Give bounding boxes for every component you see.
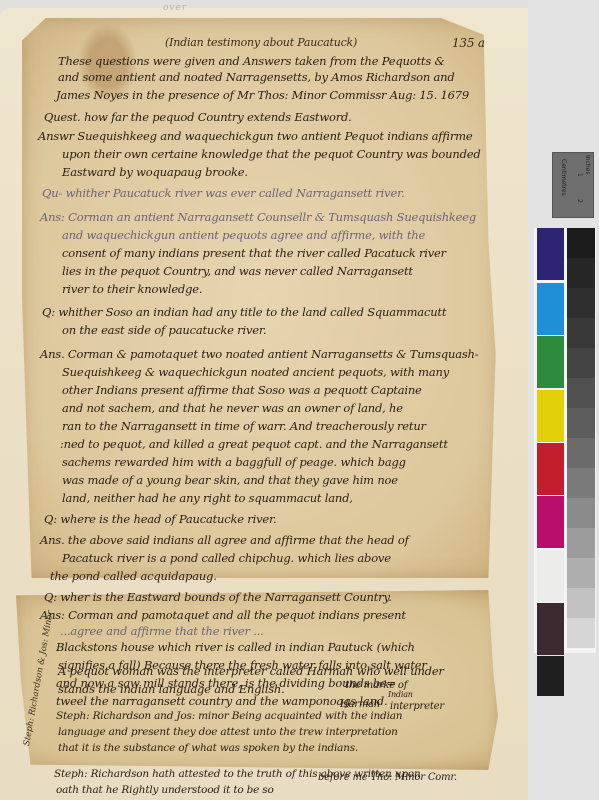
manuscript-line: Steph: Richardson and Jos: minor Being a…	[56, 710, 402, 722]
manuscript-line: James Noyes in the presence of Mr Thos: …	[56, 88, 469, 102]
manuscript-line: A pequot woman was the interpreter calle…	[58, 664, 444, 678]
gray-step	[567, 438, 595, 468]
swatch-black	[537, 656, 564, 696]
ruler-label-centimetres: Centimetres	[560, 159, 567, 196]
manuscript-line: river to their knowledge.	[62, 282, 202, 296]
manuscript-line: and not sachem, and that he never was an…	[62, 401, 403, 415]
manuscript-line: Answr Suequishkeeg and waquechickgun two…	[38, 129, 472, 143]
swatch-cyan	[537, 283, 564, 335]
gray-step	[567, 378, 595, 408]
manuscript-line: upon their own certaine knowledge that t…	[62, 147, 481, 161]
manuscript-line: was made of a young bear skin, and that …	[62, 473, 398, 487]
manuscript-line: stands the indian language and English.	[58, 682, 285, 696]
manuscript-line: other Indians present affirme that Soso …	[62, 383, 422, 397]
ruler-tick-2: 2	[576, 199, 583, 203]
manuscript-line: Quest. how far the pequod Country extend…	[44, 110, 352, 124]
manuscript-line: language and present they doe attest unt…	[58, 726, 398, 738]
manuscript-line: Ans: Corman an antient Narragansett Coun…	[40, 210, 476, 224]
gray-step	[567, 258, 595, 288]
manuscript-line: Qu- whither Paucatuck river was ever cal…	[42, 186, 405, 200]
swatch-brown-dark	[537, 603, 564, 655]
swatch-blue	[537, 228, 564, 280]
gray-step	[567, 498, 595, 528]
manuscript-line: Q: whither Soso an indian had any title …	[42, 305, 446, 319]
manuscript-line: on the east side of paucatucke river.	[62, 323, 266, 337]
manuscript-line: Q: wher is the Eastward bounds of the Na…	[44, 590, 392, 604]
manuscript-line: that it is the substance of what was spo…	[58, 742, 358, 754]
manuscript-line: Blackstons house which river is called i…	[56, 640, 415, 654]
manuscript-line: and some antient and noated Narragensett…	[58, 70, 455, 84]
manuscript-line: ran to the Narragansett in time of warr.…	[62, 419, 426, 433]
manuscript-line: land, neither had he any right to squamm…	[62, 491, 353, 505]
swatch-white	[537, 550, 564, 602]
manuscript-line: Eastward by woquapaug brooke.	[62, 165, 248, 179]
signature-name: Harmah	[340, 699, 380, 710]
gray-step	[567, 318, 595, 348]
manuscript-line: sachems rewarded him with a baggfull of …	[62, 455, 406, 469]
manuscript-line: Ans. the above said indians all agree an…	[40, 533, 409, 547]
manuscript-line: These questions were given and Answers t…	[58, 54, 445, 68]
gray-step	[567, 618, 595, 648]
color-calibration-card	[534, 228, 596, 653]
gray-step	[567, 468, 595, 498]
manuscript-line: oath that he Rightly understood it to be…	[56, 784, 274, 796]
manuscript-line: the pond called acquidapaug.	[50, 569, 217, 583]
manuscript-line: :ned to pequot, and killed a great pequo…	[60, 437, 448, 451]
ruler-tick-1: 1	[576, 173, 583, 177]
top-pencil-note: over	[163, 3, 187, 13]
swatch-red	[537, 443, 564, 495]
attestation: before me Tho: Minor Comr.	[318, 772, 457, 783]
page-number: 135 a	[452, 36, 485, 50]
gray-step	[567, 528, 595, 558]
document-heading: (Indian testimony about Paucatuck)	[165, 36, 357, 49]
swatch-green	[537, 336, 564, 388]
signature-role-insert: Indian	[388, 690, 413, 699]
manuscript-line: Suequishkeeg & waquechickgun noated anci…	[62, 365, 449, 379]
gray-step	[567, 288, 595, 318]
manuscript-line: Ans. Corman & pamotaquet two noated anti…	[40, 347, 478, 361]
gray-step	[567, 558, 595, 588]
swatch-yellow	[537, 390, 564, 442]
ruler-label-inches: Inches	[584, 155, 591, 175]
signature-role: interpreter	[390, 701, 444, 712]
scale-ruler: Inches Centimetres 1 2	[552, 152, 594, 218]
swatch-magenta	[537, 496, 564, 548]
manuscript-line: Pacatuck river is a pond called chipchug…	[62, 551, 391, 565]
manuscript-line: Q: where is the head of Paucatucke river…	[44, 512, 276, 526]
gray-step	[567, 348, 595, 378]
manuscript-line: consent of many indians present that the…	[62, 246, 446, 260]
manuscript-line: tweel the narragansett country and the w…	[56, 694, 387, 708]
manuscript-line: and waquechickgun antient pequots agree …	[62, 228, 425, 242]
manuscript-line: Ans: Corman and pamotaquet and all the p…	[40, 608, 406, 622]
gray-step	[567, 228, 595, 258]
gray-step	[567, 408, 595, 438]
gray-step	[567, 588, 595, 618]
manuscript-line: ...agree and affirme that the river ...	[60, 624, 264, 638]
manuscript-line: lies in the pequot Country, and was neve…	[62, 264, 413, 278]
